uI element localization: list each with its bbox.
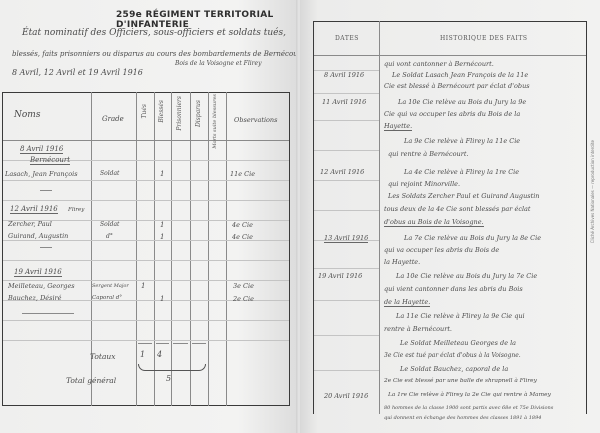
separator-dash: [40, 190, 52, 191]
table-left-rule: [313, 21, 314, 414]
entry-line: Le Soldat Lasach Jean François de la 11e: [392, 71, 528, 79]
table-left-rule: [2, 92, 3, 406]
row-blesses: 1: [160, 295, 164, 303]
total-dash: [138, 343, 152, 344]
entry-line: La 1re Cie relève à Flirey la 2e Cie qui…: [388, 392, 551, 398]
col-rule: [136, 92, 137, 406]
totaux-blesses: 4: [157, 350, 162, 359]
row-nom: Zercher, Paul: [8, 220, 52, 228]
entry-line: de la Hayette.: [384, 298, 430, 307]
row-grade: d°: [106, 233, 113, 240]
entry-line: La 9e Cie relève à Flirey la 11e Cie: [404, 137, 520, 145]
row-line: [3, 280, 289, 281]
col-rule: [226, 92, 227, 406]
header-historique: HISTORIQUE DES FAITS: [440, 35, 527, 42]
row-grade: Caporal d°: [92, 295, 122, 301]
totaux-brace: [138, 364, 206, 371]
row-line: [3, 340, 289, 341]
title-insert: Bois de la Voisogne et Flirey: [175, 60, 261, 67]
row-line: [314, 120, 379, 121]
row-nom: Meilleteau, Georges: [8, 282, 75, 290]
header-bottom-rule: [2, 140, 290, 141]
row-line: [314, 150, 379, 151]
header-prisonniers: Prisonniers: [176, 96, 183, 131]
entry-date: 20 Avril 1916: [324, 392, 368, 400]
totaux-tues: 1: [140, 350, 145, 359]
group-date: 19 Avril 1916: [14, 268, 62, 277]
table-right-rule: [289, 92, 290, 406]
header-morts-suite: Morts suite blessures: [212, 94, 218, 149]
header-observations: Observations: [234, 116, 277, 124]
row-blesses: 1: [160, 221, 164, 229]
entry-line: rentre à Bernécourt.: [384, 325, 452, 333]
title-line-3: 8 Avril, 12 Avril et 19 Avril 1916: [12, 68, 143, 77]
row-line: [314, 268, 379, 269]
group-date: 8 Avril 1916: [20, 145, 63, 154]
title-line-2: blessés, faits prisonniers ou disparus a…: [12, 50, 306, 58]
row-grade: Soldat: [100, 221, 119, 228]
total-general-label: Total général: [66, 376, 116, 385]
row-observation: 11e Cie: [230, 170, 255, 178]
row-line: [3, 200, 289, 201]
entry-line: 3e Cie est tué par éclat d'obus à la Voi…: [384, 352, 521, 359]
row-observation: 4e Cie: [232, 233, 253, 241]
entry-line: qui va occuper les abris du Bois de: [384, 246, 499, 254]
title-line-1: État nominatif des Officiers, sous-offic…: [22, 28, 286, 38]
dates-col-rule: [379, 21, 380, 414]
total-dash: [192, 343, 206, 344]
row-observation: 4e Cie: [232, 221, 253, 229]
table-top-rule: [313, 21, 587, 22]
regiment-header: 259e RÉGIMENT TERRITORIAL D'INFANTERIE: [116, 10, 298, 30]
entry-line: qui vient cantonner dans les abris du Bo…: [384, 285, 523, 293]
table-top-rule: [2, 92, 290, 93]
right-page: DATES HISTORIQUE DES FAITS qui vont cant…: [300, 0, 600, 433]
entry-line: la Hayette.: [384, 258, 420, 266]
left-page: 259e RÉGIMENT TERRITORIAL D'INFANTERIE É…: [0, 0, 298, 433]
row-blesses: 1: [160, 233, 164, 241]
footer-note-line: qui donnent en échange des hommes des cl…: [384, 415, 541, 421]
entry-line: Le Soldat Bauchez, caporal de la: [400, 365, 508, 373]
row-tues: 1: [141, 282, 145, 290]
header-grade: Grade: [102, 115, 124, 123]
totaux-label: Totaux: [90, 352, 115, 361]
header-disparus: Disparus: [195, 100, 202, 127]
entry-date: 8 Avril 1916: [324, 71, 364, 79]
row-nom: Guirand, Augustin: [8, 232, 68, 240]
row-grade: Soldat: [100, 170, 119, 177]
row-line: [314, 300, 379, 301]
row-blesses: 1: [160, 170, 164, 178]
group-place: Flirey: [68, 207, 84, 213]
entry-date: 12 Avril 1916: [320, 168, 364, 176]
col-rule: [154, 92, 155, 406]
entry-line: Les Soldats Zercher Paul et Guirand Augu…: [388, 192, 539, 200]
entry-date: 19 Avril 1916: [318, 272, 362, 280]
entry-line: qui rejoint Minorville.: [388, 180, 460, 188]
row-line: [314, 180, 379, 181]
entry-line: qui vont cantonner à Bernécourt.: [384, 60, 494, 68]
row-line: [314, 370, 379, 371]
col-rule: [208, 92, 209, 406]
row-nom: Bauchez, Désiré: [8, 294, 62, 302]
entry-line: qui rentre à Bernécourt.: [388, 150, 469, 158]
separator-dash: [40, 247, 52, 248]
header-noms: Noms: [14, 110, 40, 120]
entry-line: Cie qui va occuper les abris du Bois de …: [384, 110, 520, 118]
row-line: [314, 210, 379, 211]
entry-line: 2e Cie est blessé par une balle de shrap…: [384, 378, 537, 384]
table-bottom-rule: [2, 405, 290, 406]
entry-line: La 7e Cie relève au Bois du Jury la 8e C…: [404, 234, 541, 242]
header-dates: DATES: [335, 35, 359, 42]
entry-line: Cie est blessé à Bernécourt par éclat d'…: [384, 82, 530, 90]
row-line: [3, 320, 289, 321]
entry-date: 11 Avril 1916: [322, 98, 366, 106]
col-rule: [190, 92, 191, 406]
col-rule: [171, 92, 172, 406]
row-observation: 2e Cie: [233, 295, 254, 303]
row-line: [314, 93, 379, 94]
entry-line: tous deux de la 4e Cie sont blessés par …: [384, 205, 531, 213]
entry-line: La 10e Cie relève au Bois du Jury la 7e …: [396, 272, 537, 280]
footer-note-line: 80 hommes de la classe 1900 sont partis …: [384, 405, 553, 411]
entry-line: La 4e Cie relève à Flirey la 1re Cie: [404, 168, 519, 176]
header-blesses: Blessés: [158, 100, 165, 123]
entry-line: La 10e Cie relève au Bois du Jury la 9e: [398, 98, 526, 106]
row-grade: Sergent Major: [92, 283, 129, 289]
header-bottom-rule: [314, 55, 586, 56]
group-date: 12 Avril 1916: [10, 205, 58, 214]
header-tues: Tués: [141, 104, 148, 119]
row-nom: Lasach, Jean François: [5, 170, 78, 178]
row-line: [3, 260, 289, 261]
entry-line: Le Soldat Meilleteau Georges de la: [400, 339, 516, 347]
row-line: [3, 180, 289, 181]
row-line: [314, 335, 379, 336]
entry-line: d'obus au Bois de la Voisogne.: [384, 218, 484, 227]
total-dash: [173, 343, 188, 344]
total-general-value: 5: [166, 374, 171, 383]
entry-line: Hayette.: [384, 122, 412, 131]
table-right-rule: [586, 21, 587, 414]
entry-date: 13 Avril 1916: [324, 234, 368, 243]
entry-line: La 11e Cie relève à Flirey la 9e Cie qui: [396, 312, 525, 320]
total-dash: [156, 343, 169, 344]
separator-line: [22, 313, 74, 314]
margin-archive-text: Cliché Archives Nationales — reproductio…: [590, 140, 595, 243]
group-place: Bernécourt: [30, 156, 70, 165]
row-observation: 3e Cie: [233, 282, 254, 290]
